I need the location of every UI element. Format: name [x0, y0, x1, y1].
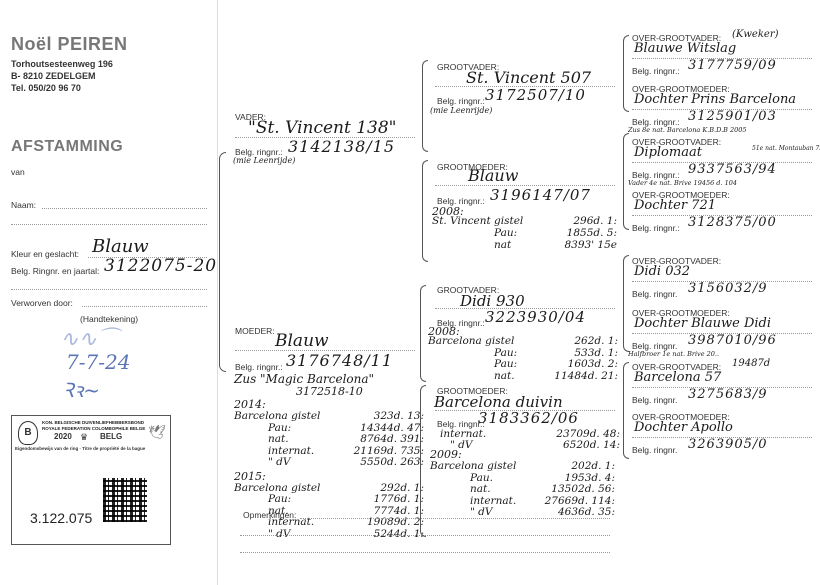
result-value: 27669d. 114:: [545, 495, 615, 507]
bracket-ogp-4: [623, 362, 629, 459]
result-value: 8393' 15e: [564, 239, 617, 251]
ogp-ring: 3125901/03: [688, 109, 777, 124]
ogp-ring: 3987010/96: [688, 333, 777, 348]
result-race: Pau:: [268, 493, 291, 505]
result-value: 296d. 1:: [573, 215, 617, 227]
ogp-ring-label: Belg. ringnr.: [632, 445, 677, 455]
result-value: 202d. 1:: [571, 460, 615, 472]
result-race: Pau:: [494, 358, 517, 370]
divider-line: [11, 289, 207, 290]
ogp-name: Didi 032: [634, 264, 690, 279]
result-race: Pau.: [470, 472, 493, 484]
ogp-ring-label: Belg. ringnr.: [632, 395, 677, 405]
result-race: Pau:: [494, 227, 517, 239]
kleur-value: Blauw: [92, 236, 149, 257]
ring-value: 3122075-20: [104, 256, 217, 276]
result-value: 6520d. 14:: [563, 439, 620, 451]
ring-country: BELG: [100, 432, 122, 441]
result-race: " dV: [268, 528, 290, 540]
verworven-field: [82, 306, 207, 307]
naam-label: Naam:: [11, 200, 36, 210]
result-race: Barcelona gistel: [234, 410, 320, 422]
ogp-ring: 3275683/9: [688, 387, 768, 402]
ogp-ring-label: Belg. ringnr.:: [632, 66, 680, 76]
qr-code: [103, 478, 147, 522]
result-value: 4636d. 35:: [558, 506, 615, 518]
ogp-name: Dochter Blauwe Didi: [634, 316, 771, 331]
moeder-label: MOEDER:: [235, 326, 275, 336]
ogp-ring: 9337563/94: [688, 162, 777, 177]
result-value: 13502d. 56:: [551, 483, 615, 495]
gv-v-ring-label: Belg. ringnr.:: [437, 96, 485, 106]
result-race: St. Vincent gistel: [432, 215, 523, 227]
ogp-note: Zus 8e nat. Barcelona K.B.D.B 2005: [628, 126, 747, 134]
bracket-parents: [219, 152, 226, 372]
moeder-note-1: Zus "Magic Barcelona": [234, 372, 374, 386]
result-race: nat.: [470, 483, 491, 495]
result-race: nat.: [494, 370, 515, 382]
ring-ownership-card: B KON. BELGISCHE DUIVENLIEFHEBBERSBOND R…: [11, 415, 171, 545]
result-value: 11484d. 21:: [554, 370, 618, 382]
great-grandparent-entry: OVER-GROOTVADER:(Kweker)Blauwe WitslagBe…: [632, 33, 818, 83]
result-race: Barcelona gistel: [234, 482, 320, 494]
breeder-street: Torhoutsesteenweg 196: [11, 58, 113, 70]
result-value: 7774d. 1:: [374, 505, 424, 517]
result-race: internat.: [268, 445, 314, 457]
ogp-name: Dochter Prins Barcelona: [634, 92, 796, 107]
breeder-name: Noël PEIREN: [11, 34, 128, 55]
great-grandparent-entry: OVER-GROOTVADER:Diplomaat51e nat. Montau…: [632, 137, 818, 187]
breeder-city: B- 8210 ZEDELGEM: [11, 70, 113, 82]
ogp-ring: 3156032/9: [688, 281, 768, 296]
ogp-extra: (Kweker): [732, 29, 779, 40]
result-race: " dV: [268, 456, 290, 468]
vader-ring: 3142138/15: [288, 137, 395, 156]
ogp-ring-label: Belg. ringnr.: [632, 289, 677, 299]
ogp-extra: 19487d: [732, 358, 770, 369]
org-line-2: ROYALE FEDERATION COLOMBOPHILE BELGE: [42, 426, 145, 431]
result-race: Barcelona gistel: [430, 460, 516, 472]
ogp-name: Dochter 721: [634, 198, 716, 213]
ogp-ring: 3128375/00: [688, 215, 777, 230]
bracket-gp-m2: [420, 385, 426, 537]
bracket-ogp-3: [623, 255, 629, 352]
result-race: Pau:: [268, 422, 291, 434]
opmerkingen-label: Opmerkingen:: [243, 510, 296, 520]
gv-m-ring: 3223930/04: [485, 308, 586, 326]
naam-field: [42, 208, 207, 209]
org-line-1: KON. BELGISCHE DUIVENLIEFHEBBERSBOND: [42, 420, 144, 425]
vader-note: (mie Leenrijde): [233, 156, 295, 165]
ogp-note: Halfbroer 1e nat. Brive 20..: [628, 350, 719, 358]
ogp-name: Diplomaat: [634, 145, 702, 160]
ring-year: 2020: [54, 432, 72, 441]
bracket-gp-v: [422, 60, 428, 152]
ogp-ring: 3263905/0: [688, 437, 768, 452]
opmerkingen-line: [240, 552, 610, 553]
crown-icon: ♛: [80, 432, 88, 443]
ogp-note: Vader 4e nat. Brive 19456 d. 104: [628, 179, 737, 187]
ring-label: Belg. Ringnr. en jaartal:: [11, 266, 99, 276]
federation-crest-icon: B: [18, 421, 38, 445]
result-value: 5244d. 1:: [374, 528, 424, 540]
great-grandparent-entry: OVER-GROOTMOEDER:Dochter 721Belg. ringnr…: [632, 190, 818, 240]
great-grandparent-entry: OVER-GROOTMOEDER:Dochter Prins Barcelona…: [632, 84, 818, 134]
fold-line: [217, 0, 218, 585]
result-race: " dV: [470, 506, 492, 518]
result-race: internat.: [470, 495, 516, 507]
great-grandparent-entry: OVER-GROOTVADER:Didi 032Belg. ringnr.315…: [632, 256, 818, 306]
gm-m-ring: 3183362/06: [478, 409, 579, 427]
great-grandparent-entry: OVER-GROOTMOEDER:Dochter Blauwe DidiBelg…: [632, 308, 818, 358]
signature-scribble: ∿∿⌒: [60, 322, 119, 353]
moeder-ring-label: Belg. ringnr.:: [235, 362, 283, 372]
result-value: 1953d. 4:: [565, 472, 615, 484]
ogp-name: Dochter Apollo: [634, 420, 733, 435]
great-grandparent-entry: OVER-GROOTVADER:19487dBarcelona 57Belg. …: [632, 362, 818, 412]
bracket-gp-m: [420, 285, 426, 382]
verworven-label: Verworven door:: [11, 298, 73, 308]
result-race: Barcelona gistel: [428, 335, 514, 347]
ogp-name-note: 51e nat. Montauban 73826 d: [752, 145, 820, 152]
result-value: 533d. 1:: [574, 347, 618, 359]
result-value: 262d. 1:: [574, 335, 618, 347]
breeder-address: Torhoutsesteenweg 196 B- 8210 ZEDELGEM T…: [11, 58, 113, 94]
vader-name: "St. Vincent 138": [248, 118, 397, 138]
moeder-note-2: 3172518-10: [296, 385, 363, 398]
bracket-ogp-1: [623, 35, 629, 112]
result-value: 292d. 1:: [380, 482, 424, 494]
ogp-ring-label: Belg. ringnr.:: [632, 223, 680, 233]
great-grandparent-entry: OVER-GROOTMOEDER:Dochter ApolloBelg. rin…: [632, 412, 818, 462]
gm-v-ring: 3196147/07: [490, 186, 591, 204]
result-value: 8764d. 391:: [360, 433, 424, 445]
van-label: van: [11, 167, 25, 177]
result-value: 1855d. 5:: [567, 227, 617, 239]
result-value: 14344d. 47:: [360, 422, 424, 434]
kleur-label: Kleur en geslacht:: [11, 249, 79, 259]
moeder-ring: 3176748/11: [286, 351, 393, 370]
result-race: Pau:: [494, 347, 517, 359]
signature-initials: Ꝛꝛ~: [62, 376, 100, 403]
gm-v-name: Blauw: [468, 166, 518, 185]
result-value: 1603d. 2:: [568, 358, 618, 370]
result-value: 21169d. 735:: [354, 445, 424, 457]
moeder-name: Blauw: [275, 331, 329, 351]
gv-v-name: St. Vincent 507: [466, 68, 591, 87]
result-value: 5550d. 263:: [360, 456, 424, 468]
ogp-ring: 3177759/09: [688, 58, 777, 73]
gv-v-note: (mie Leenrijde): [430, 106, 492, 115]
pigeon-icon: 🕊: [148, 424, 166, 441]
bracket-gp-v2: [422, 160, 428, 262]
result-value: 1776d. 1:: [374, 493, 424, 505]
opmerkingen-line: [300, 518, 610, 519]
signature-date: 7-7-24: [66, 350, 130, 374]
gv-v-ring: 3172507/10: [485, 86, 586, 104]
ring-caption: Eigendomsbewijs van de ring · Titre de p…: [15, 446, 145, 451]
result-race: nat: [494, 239, 511, 251]
result-race: nat.: [268, 433, 289, 445]
ring-number: 3.122.075: [30, 510, 92, 526]
divider-line: [11, 224, 207, 225]
ogp-name: Barcelona 57: [634, 370, 721, 385]
form-title: AFSTAMMING: [11, 138, 123, 156]
result-value: 323d. 13:: [374, 410, 424, 422]
ogp-name: Blauwe Witslag: [634, 41, 736, 56]
breeder-phone: Tel. 050/20 96 70: [11, 82, 113, 94]
